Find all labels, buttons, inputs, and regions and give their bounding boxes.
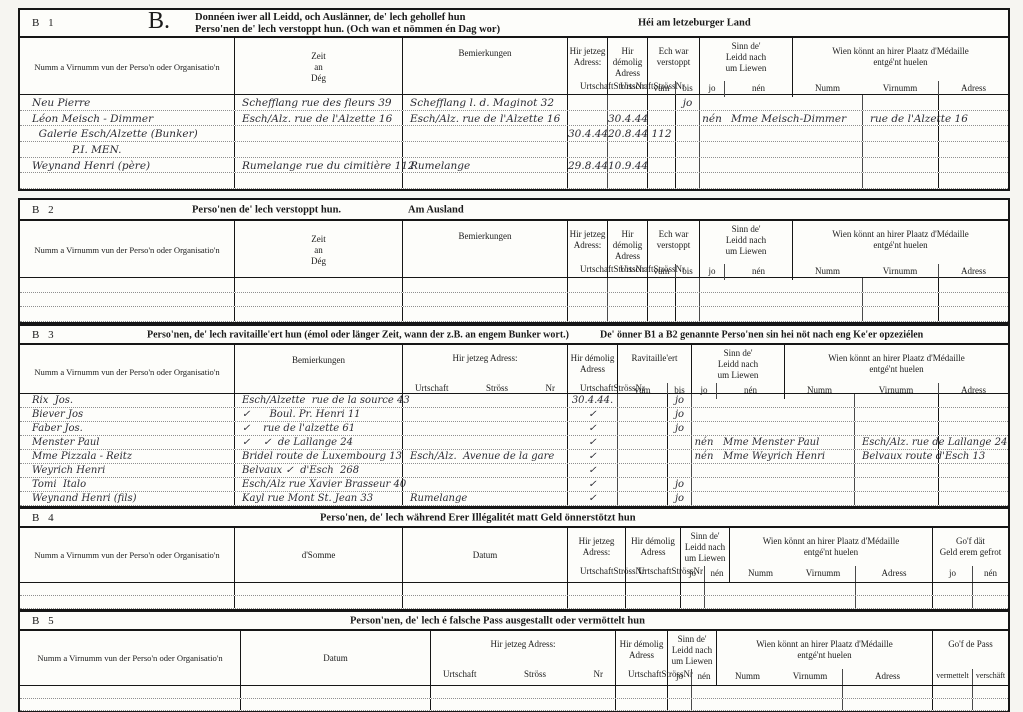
header-remarks: Bemierkungen [402, 221, 567, 280]
cell-former-address [402, 408, 567, 421]
empty-row [20, 278, 1008, 293]
cell-current-address: Rumelange rue du cimitière 112 [234, 158, 402, 173]
cell-medal-name [716, 492, 854, 505]
cell-vum: ✓ [567, 408, 617, 421]
cell-jo: jo [675, 95, 699, 110]
header-current-address: Hir jetzeg Adress: [567, 38, 607, 81]
section-title-right: De' önner B1 a B2 genannte Perso'nen sin… [600, 329, 923, 340]
cell-former-address: Schefflang l. d. Maginot 32 [402, 95, 567, 110]
section-b2: B 2 Perso'nen de' lech verstoppt hun. Am… [18, 198, 1010, 324]
header-address-sublabels: UrtschaftStrössNr [615, 669, 667, 685]
cell-zeit: 112 [647, 126, 675, 141]
header-money-jo: jo [932, 566, 972, 582]
header-alive: Sinn de' Leidd nach um Liewen [699, 221, 792, 264]
cell-current-address: ✓ Boul. Pr. Henri 11 [234, 408, 402, 421]
cell-medal-name: Mme Meisch-Dimmer [724, 111, 862, 126]
section-id: B 4 [32, 512, 57, 524]
cell-medal-address [862, 173, 938, 188]
cell-jo: jo [667, 478, 691, 491]
section-b5-titlebar: B 5 Person'nen, de' lech é falsche Pass … [20, 612, 1008, 631]
header-pass: Go'f de Pass [932, 631, 1008, 669]
cell-vum: 30.4.44. [567, 394, 617, 407]
header-current-address: Hir jetzeg Adress: [567, 528, 625, 566]
table-row: Weyrich Henri Belvaux ✓ d'Esch 268 ✓ [20, 464, 1008, 478]
cell-jo [675, 158, 699, 173]
cell-medal-name: Mme Menster Paul [716, 436, 854, 449]
header-medal: Wien könnt an hirer Plaatz d'Médaille en… [792, 38, 1008, 81]
cell-remarks [938, 422, 1008, 435]
header-name-column: Numm a Virnumm vun der Perso'n oder Orga… [20, 528, 234, 582]
cell-bis [617, 478, 667, 491]
table-row: Galerie Esch/Alzette (Bunker) 30.4.44 20… [20, 126, 1008, 142]
header-former-address: Hir démolig Adress [567, 345, 617, 383]
header-alive: Sinn de' Leidd nach um Liewen [667, 631, 716, 669]
cell-jo: jo [667, 422, 691, 435]
cell-former-address [402, 422, 567, 435]
header-datum: Datum [240, 631, 430, 685]
cell-nen: nén [691, 450, 716, 463]
cell-jo: jo [667, 394, 691, 407]
cell-nen [699, 142, 724, 157]
cell-name: Rix Jos. [20, 394, 234, 407]
cell-remarks [938, 158, 1008, 173]
section-b4: B 4 Perso'nen, de' lech während Erer Ill… [18, 507, 1010, 611]
empty-row [20, 686, 1008, 699]
cell-bis [617, 464, 667, 477]
cell-bis [617, 492, 667, 505]
header-former-address: Hir démolig Adress [607, 38, 647, 81]
header-alive: Sinn de' Leidd nach um Liewen [691, 345, 784, 383]
section-id: B 2 [32, 204, 57, 216]
cell-jo [675, 173, 699, 188]
cell-medal-address: rue de l'Alzette 16 [862, 111, 938, 126]
header-address-sublabels: UrtschaftStrössNr [625, 566, 680, 582]
table-row: Weynand Henri (fils) Kayl rue Mont St. J… [20, 492, 1008, 506]
cell-current-address: ✓ rue de l'alzette 61 [234, 422, 402, 435]
cell-nen: nén [691, 436, 716, 449]
header-current-address: Hir jetzeg Adress: [430, 631, 615, 669]
cell-medal-name [724, 95, 862, 110]
section-b2-header: Numm a Virnumm vun der Perso'n oder Orga… [20, 221, 1008, 278]
cell-vum: ✓ [567, 492, 617, 505]
cell-name: Weynand Henri (père) [20, 158, 234, 173]
cell-remarks [938, 142, 1008, 157]
section-b1-body: Neu Pierre Schefflang rue des fleurs 39 … [20, 95, 1008, 189]
cell-remarks [938, 111, 1008, 126]
cell-nen [699, 126, 724, 141]
empty-row [20, 293, 1008, 308]
section-b3: B 3 Perso'nen, de' lech ravitaille'ert h… [18, 324, 1010, 508]
cell-medal-name [724, 173, 862, 188]
table-row [20, 173, 1008, 189]
cell-former-address [402, 394, 567, 407]
header-name-column: Numm a Virnumm vun der Perso'n oder Orga… [20, 38, 234, 97]
cell-medal-name [716, 464, 854, 477]
cell-bis [617, 422, 667, 435]
table-row: Menster Paul ✓ ✓ de Lallange 24 ✓ nén Mm… [20, 436, 1008, 450]
cell-current-address [234, 173, 402, 188]
cell-medal-address [862, 142, 938, 157]
cell-bis [607, 142, 647, 157]
cell-former-address [402, 173, 567, 188]
cell-vum [567, 142, 607, 157]
header-numm: Numm [716, 669, 778, 685]
cell-zeit [647, 95, 675, 110]
cell-medal-name [716, 422, 854, 435]
cell-name: Menster Paul [20, 436, 234, 449]
cell-nen [691, 394, 716, 407]
cell-zeit [647, 142, 675, 157]
cell-medal-address [854, 464, 938, 477]
cell-remarks [938, 394, 1008, 407]
cell-current-address: Esch/Alzette rue de la source 43 [234, 394, 402, 407]
cell-name: P.I. MEN. [20, 142, 234, 157]
header-name-column: Numm a Virnumm vun der Perso'n oder Orga… [20, 221, 234, 280]
header-nen: nén [704, 566, 729, 582]
cell-bis: 10.9.44 [607, 158, 647, 173]
cell-former-address [402, 436, 567, 449]
header-medal: Wien könnt an hirer Plaatz d'Médaille en… [784, 345, 1008, 383]
section-b2-titlebar: B 2 Perso'nen de' lech verstoppt hun. Am… [20, 200, 1008, 221]
cell-remarks [938, 408, 1008, 421]
cell-medal-address [854, 478, 938, 491]
cell-name [20, 173, 234, 188]
table-row: Tomi Italo Esch/Alz rue Xavier Brasseur … [20, 478, 1008, 492]
cell-name: Mme Pizzala - Reitz [20, 450, 234, 463]
section-title-right: Héi am letzeburger Land [638, 18, 751, 29]
cell-current-address: Schefflang rue des fleurs 39 [234, 95, 402, 110]
section-title: Perso'nen, de' lech während Erer Illégal… [320, 512, 636, 523]
cell-former-address: Esch/Alz. rue de l'Alzette 16 [402, 111, 567, 126]
empty-row [20, 583, 1008, 596]
header-pass-vermettelt: vermettelt [932, 669, 972, 685]
cell-current-address: Bridel route de Luxembourg 13 [234, 450, 402, 463]
section-b3-body: Rix Jos. Esch/Alzette rue de la source 4… [20, 394, 1008, 506]
cell-medal-address [862, 126, 938, 141]
cell-zeit [647, 111, 675, 126]
cell-current-address: ✓ ✓ de Lallange 24 [234, 436, 402, 449]
table-row: Mme Pizzala - Reitz Bridel route de Luxe… [20, 450, 1008, 464]
cell-name: Neu Pierre [20, 95, 234, 110]
header-name-column: Numm a Virnumm vun der Perso'n oder Orga… [20, 345, 234, 399]
cell-vum [567, 173, 607, 188]
cell-current-address: Esch/Alz. rue de l'Alzette 16 [234, 111, 402, 126]
header-current-address: Hir jetzeg Adress: [567, 221, 607, 264]
cell-medal-address [862, 95, 938, 110]
cell-medal-name: Mme Weyrich Henri [716, 450, 854, 463]
header-former-address: Hir démolig Adress [615, 631, 667, 669]
header-hidden: Ech war verstoppt [647, 221, 699, 264]
cell-bis [617, 408, 667, 421]
table-row: Neu Pierre Schefflang rue des fleurs 39 … [20, 95, 1008, 111]
cell-bis: 20.8.44 [607, 126, 647, 141]
cell-former-address [402, 478, 567, 491]
cell-jo [675, 126, 699, 141]
cell-medal-address: Belvaux route d'Esch 13 [854, 450, 938, 463]
header-adress: Adress [855, 566, 932, 582]
cell-jo [667, 436, 691, 449]
section-b1-header: Numm a Virnumm vun der Perso'n oder Orga… [20, 38, 1008, 95]
cell-medal-address [862, 158, 938, 173]
cell-zeit [647, 158, 675, 173]
cell-former-address: Rumelange [402, 158, 567, 173]
cell-zeit [647, 173, 675, 188]
header-money-nen: nén [972, 566, 1008, 582]
cell-bis [607, 95, 647, 110]
header-address-sublabels: UrtschaftStrössNr [430, 669, 615, 685]
table-row: Faber Jos. ✓ rue de l'alzette 61 ✓ jo [20, 422, 1008, 436]
cell-nen [699, 173, 724, 188]
cell-nen [691, 464, 716, 477]
cell-name: Tomi Italo [20, 478, 234, 491]
cell-jo: jo [667, 492, 691, 505]
header-jo: jo [667, 669, 691, 685]
header-remarks: Bemierkungen [234, 345, 402, 399]
section-b1: B 1 B. Donnéen iwer all Leidd, och Auslä… [18, 8, 1010, 191]
header-remarks: Bemierkungen [402, 38, 567, 97]
header-jo: jo [680, 566, 704, 582]
cell-nen [691, 408, 716, 421]
cell-former-address [402, 126, 567, 141]
cell-bis [617, 436, 667, 449]
header-medal: Wien könnt an hirer Plaatz d'Médaille en… [792, 221, 1008, 264]
section-b4-header: Numm a Virnumm vun der Perso'n oder Orga… [20, 528, 1008, 583]
header-hidden: Ech war verstoppt [647, 38, 699, 81]
header-alive: Sinn de' Leidd nach um Liewen [699, 38, 792, 81]
header-name-column: Numm a Virnumm vun der Perso'n oder Orga… [20, 631, 240, 685]
section-b4-body [20, 583, 1008, 609]
cell-former-address: Esch/Alz. Avenue de la gare [402, 450, 567, 463]
header-ravitailleert: Ravitaille'ert [617, 345, 691, 383]
cell-remarks [938, 95, 1008, 110]
header-datum: Datum [402, 528, 567, 582]
cell-vum: ✓ [567, 464, 617, 477]
header-zeit: Zeit an Dég [234, 221, 402, 280]
cell-name: Galerie Esch/Alzette (Bunker) [20, 126, 234, 141]
header-current-address: Hir jetzeg Adress: [402, 345, 567, 383]
cell-medal-name [716, 408, 854, 421]
cell-vum: ✓ [567, 478, 617, 491]
cell-bis [607, 173, 647, 188]
cell-remarks [938, 450, 1008, 463]
section-id: B 1 [32, 17, 57, 29]
header-virnumm: Virnumm [791, 566, 855, 582]
cell-jo [675, 111, 699, 126]
table-row: Weynand Henri (père) Rumelange rue du ci… [20, 158, 1008, 174]
empty-row [20, 699, 1008, 712]
section-title-right: Am Ausland [408, 204, 464, 215]
header-former-address: Hir démolig Adress [607, 221, 647, 264]
cell-remarks [938, 126, 1008, 141]
section-b2-body [20, 278, 1008, 322]
section-b4-titlebar: B 4 Perso'nen, de' lech während Erer Ill… [20, 509, 1008, 528]
cell-nen [691, 478, 716, 491]
cell-remarks [938, 492, 1008, 505]
cell-name: Biever Jos [20, 408, 234, 421]
section-b5-body [20, 686, 1008, 711]
section-title: Donnéen iwer all Leidd, och Auslänner, d… [195, 12, 500, 36]
cell-name: Léon Meisch - Dimmer [20, 111, 234, 126]
cell-jo [667, 464, 691, 477]
cell-remarks [938, 436, 1008, 449]
cell-current-address [234, 126, 402, 141]
header-pass-verschaft: verschäft [972, 669, 1008, 685]
section-b5: B 5 Person'nen, de' lech é falsche Pass … [18, 610, 1010, 712]
cell-bis [617, 394, 667, 407]
cell-medal-address [854, 422, 938, 435]
header-somme: d'Somme [234, 528, 402, 582]
cell-jo [675, 142, 699, 157]
header-former-address: Hir démolig Adress [625, 528, 680, 566]
section-title: Person'nen, de' lech é falsche Pass ausg… [350, 615, 645, 626]
cell-vum: 29.8.44 [567, 158, 607, 173]
cell-current-address: Esch/Alz rue Xavier Brasseur 40 [234, 478, 402, 491]
header-numm: Numm [729, 566, 791, 582]
section-b1-titlebar: B 1 B. Donnéen iwer all Leidd, och Auslä… [20, 10, 1008, 38]
cell-nen [691, 492, 716, 505]
cell-nen [691, 422, 716, 435]
section-b5-header: Numm a Virnumm vun der Perso'n oder Orga… [20, 631, 1008, 686]
header-zeit: Zeit an Dég [234, 38, 402, 97]
cell-nen [699, 158, 724, 173]
cell-medal-name [716, 394, 854, 407]
cell-medal-name [724, 126, 862, 141]
big-letter-b: B. [148, 8, 170, 35]
scanned-form-document: { "doc": { "big_letter": "B." }, "labels… [0, 0, 1023, 712]
cell-remarks [938, 464, 1008, 477]
cell-medal-address [854, 492, 938, 505]
section-id: B 3 [32, 329, 57, 341]
empty-row [20, 596, 1008, 609]
header-adress: Adress [842, 669, 932, 685]
cell-name: Weynand Henri (fils) [20, 492, 234, 505]
empty-row [20, 307, 1008, 322]
cell-name: Faber Jos. [20, 422, 234, 435]
header-money-back: Go'f dät Geld erem gefrot [932, 528, 1008, 566]
section-title: Perso'nen, de' lech ravitaille'ert hun (… [147, 329, 569, 340]
table-row: Biever Jos ✓ Boul. Pr. Henri 11 ✓ jo [20, 408, 1008, 422]
cell-medal-name [724, 158, 862, 173]
header-medal: Wien könnt an hirer Plaatz d'Médaille en… [729, 528, 932, 566]
cell-medal-address [854, 394, 938, 407]
cell-nen: nén [699, 111, 724, 126]
cell-vum: ✓ [567, 436, 617, 449]
cell-name: Weyrich Henri [20, 464, 234, 477]
cell-medal-address: Esch/Alz. rue de Lallange 24 [854, 436, 938, 449]
table-row: Rix Jos. Esch/Alzette rue de la source 4… [20, 394, 1008, 408]
table-row: P.I. MEN. [20, 142, 1008, 158]
section-id: B 5 [32, 615, 57, 627]
cell-vum: ✓ [567, 450, 617, 463]
cell-current-address [234, 142, 402, 157]
cell-vum [567, 95, 607, 110]
cell-medal-name [716, 478, 854, 491]
header-nen: nén [691, 669, 716, 685]
header-alive: Sinn de' Leidd nach um Liewen [680, 528, 729, 566]
section-b3-titlebar: B 3 Perso'nen, de' lech ravitaille'ert h… [20, 326, 1008, 345]
cell-former-address [402, 142, 567, 157]
cell-jo: jo [667, 408, 691, 421]
cell-bis: 30.4.44 [607, 111, 647, 126]
cell-former-address [402, 464, 567, 477]
cell-bis [617, 450, 667, 463]
cell-current-address: Belvaux ✓ d'Esch 268 [234, 464, 402, 477]
section-title: Perso'nen de' lech verstoppt hun. [192, 204, 341, 215]
cell-remarks [938, 478, 1008, 491]
cell-vum: 30.4.44 [567, 126, 607, 141]
cell-vum [567, 111, 607, 126]
cell-jo [667, 450, 691, 463]
cell-vum: ✓ [567, 422, 617, 435]
cell-remarks [938, 173, 1008, 188]
cell-former-address: Rumelange [402, 492, 567, 505]
header-address-sublabels: UrtschaftStrössNr [567, 566, 625, 582]
cell-medal-name [724, 142, 862, 157]
cell-current-address: Kayl rue Mont St. Jean 33 [234, 492, 402, 505]
cell-medal-address [854, 408, 938, 421]
header-virnumm: Virnumm [778, 669, 842, 685]
header-medal: Wien könnt an hirer Plaatz d'Médaille en… [716, 631, 932, 669]
table-row: Léon Meisch - Dimmer Esch/Alz. rue de l'… [20, 111, 1008, 127]
section-b3-header: Numm a Virnumm vun der Perso'n oder Orga… [20, 345, 1008, 394]
cell-nen [699, 95, 724, 110]
